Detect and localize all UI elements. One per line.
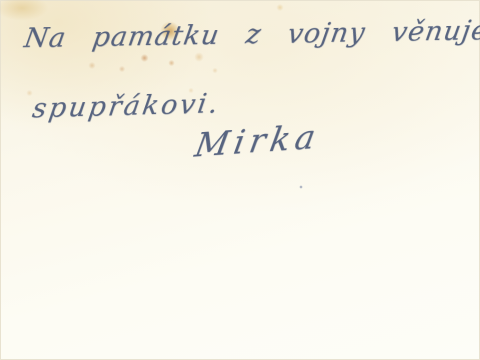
- stain-spot: [0, 0, 57, 25]
- stain-spot: [167, 59, 176, 67]
- handwriting-signature: Mirka: [192, 116, 323, 164]
- stain-spot: [87, 61, 97, 70]
- stain-spot: [211, 67, 219, 74]
- stain-spot: [275, 3, 285, 12]
- stain-spot: [25, 89, 34, 97]
- photo-back-paper: Na památku z vojny věnuje spupřákovi. Mi…: [0, 0, 480, 360]
- stain-spot: [192, 51, 206, 63]
- handwriting-line-recipient: spupřákovi.: [30, 88, 222, 124]
- ink-speck: [299, 185, 303, 189]
- stain-spot: [139, 53, 150, 63]
- handwriting-line-dedication: Na památku z vojny věnuje: [22, 15, 480, 54]
- stain-spot: [118, 65, 126, 73]
